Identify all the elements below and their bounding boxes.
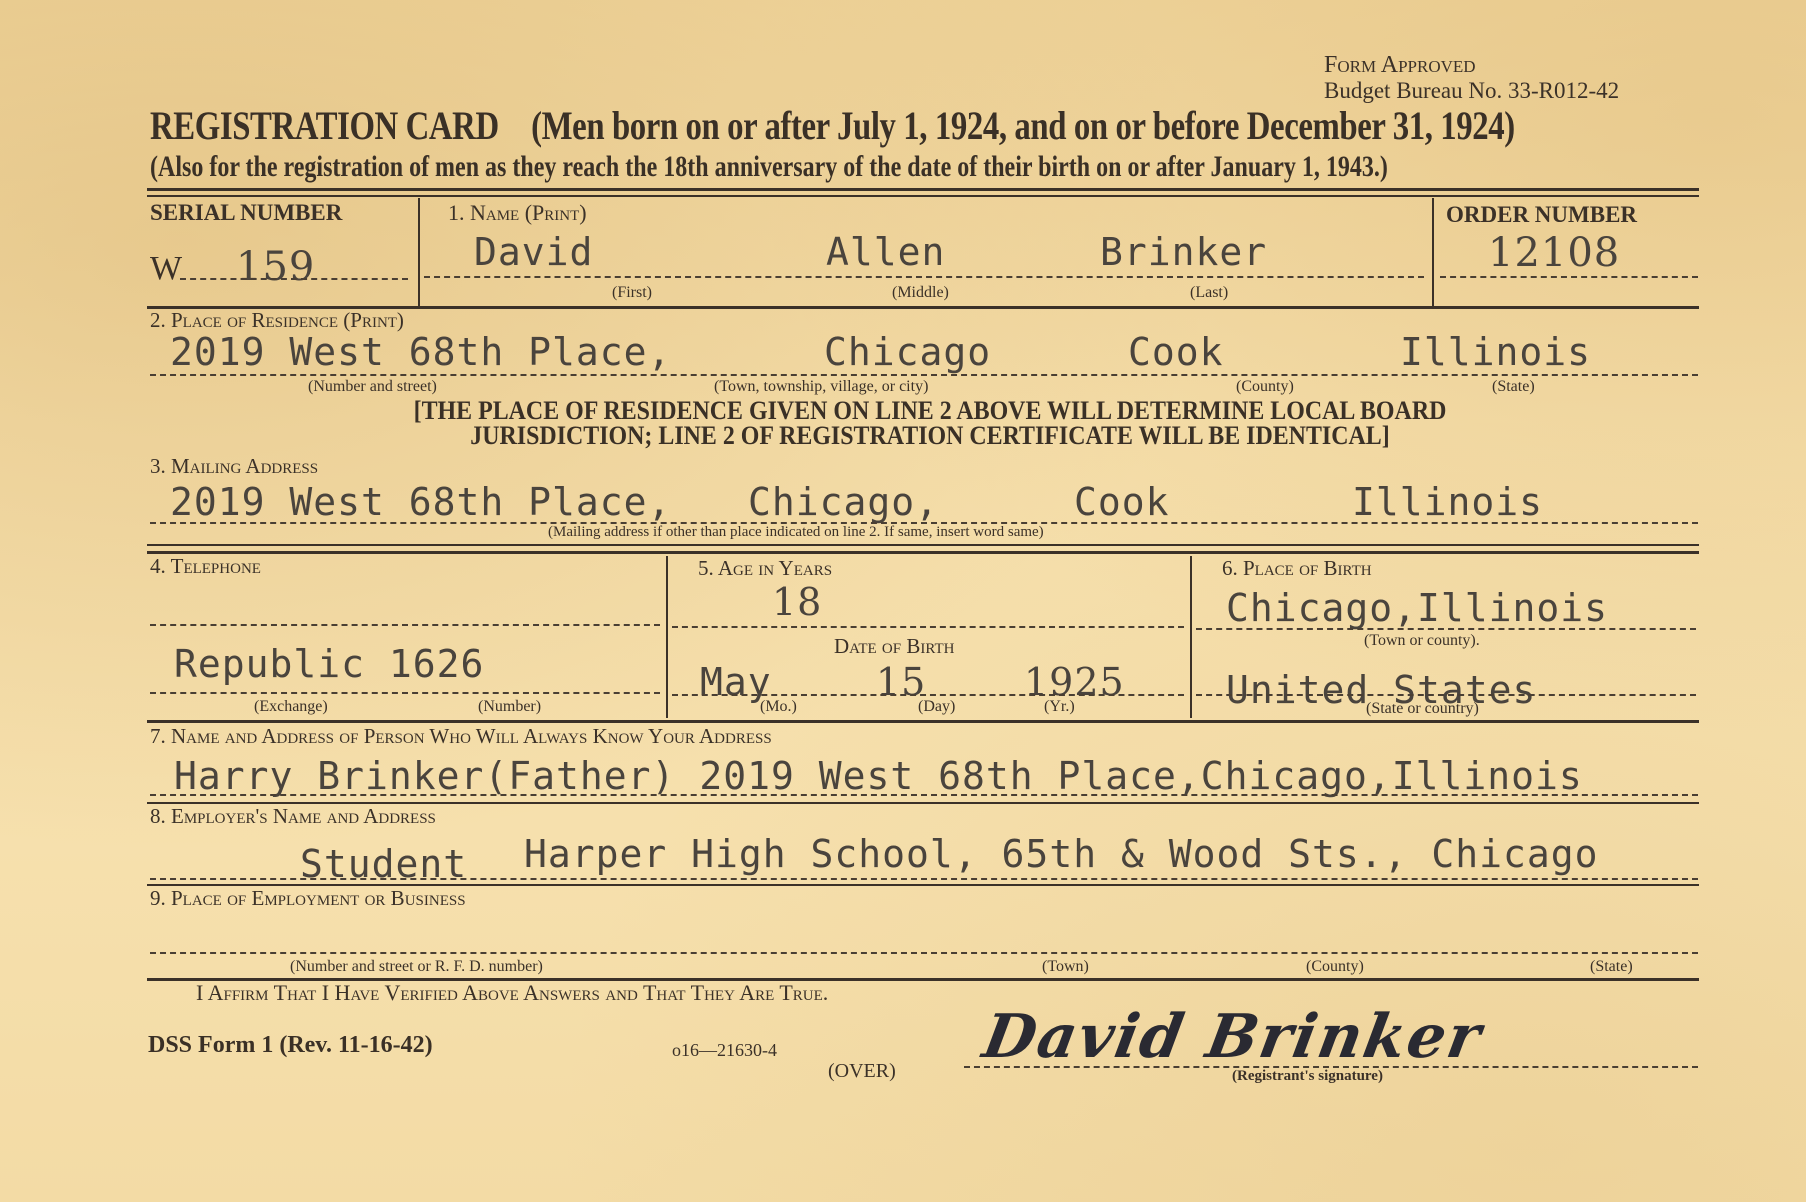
first-name-value: David bbox=[474, 230, 593, 274]
place-of-birth-label: 6. Place of Birth bbox=[1222, 556, 1372, 581]
month-caption: (Mo.) bbox=[760, 698, 797, 716]
employer-line bbox=[150, 878, 1698, 880]
serial-number-label: SERIAL NUMBER bbox=[150, 200, 342, 226]
divider bbox=[1190, 556, 1192, 718]
signature-caption: (Registrant's signature) bbox=[1232, 1068, 1383, 1085]
mailing-state-value: Illinois bbox=[1352, 480, 1543, 524]
title-text: REGISTRATION CARD bbox=[150, 103, 499, 148]
serial-prefix: W bbox=[150, 250, 182, 288]
order-line bbox=[1440, 276, 1698, 278]
employer-value: Harper High School, 65th & Wood Sts., Ch… bbox=[524, 832, 1599, 876]
print-code: o16—21630-4 bbox=[672, 1040, 777, 1061]
card-subtitle: (Also for the registration of men as the… bbox=[150, 150, 1388, 184]
street-caption: (Number and street) bbox=[308, 378, 437, 396]
contact-line bbox=[150, 794, 1698, 796]
middle-caption: (Middle) bbox=[892, 284, 949, 302]
birth-town-line bbox=[1196, 628, 1696, 630]
over-label: (OVER) bbox=[828, 1060, 896, 1083]
telephone-label: 4. Telephone bbox=[150, 554, 261, 579]
order-number-label: ORDER NUMBER bbox=[1446, 202, 1637, 228]
town-caption: (Town, township, village, or city) bbox=[714, 378, 928, 396]
title-range: (Men born on or after July 1, 1924, and … bbox=[531, 103, 1515, 148]
serial-line bbox=[180, 278, 408, 280]
state-caption: (State) bbox=[1492, 378, 1535, 396]
last-caption: (Last) bbox=[1190, 284, 1228, 302]
employment-state-caption: (State) bbox=[1590, 958, 1633, 976]
residence-county-value: Cook bbox=[1128, 330, 1224, 374]
employment-town-caption: (Town) bbox=[1042, 958, 1089, 976]
divider bbox=[666, 556, 668, 718]
residence-state-value: Illinois bbox=[1400, 330, 1591, 374]
order-number-value: 12108 bbox=[1488, 230, 1620, 276]
age-value: 18 bbox=[772, 580, 822, 624]
residence-street-value: 2019 West 68th Place, bbox=[170, 330, 671, 374]
county-caption: (County) bbox=[1236, 378, 1294, 396]
serial-number-value: 159 bbox=[236, 244, 315, 290]
middle-name-value: Allen bbox=[826, 230, 945, 274]
form-id-text: DSS Form 1 (Rev. 11-16-42) bbox=[148, 1032, 433, 1058]
jurisdiction-notice: [THE PLACE OF RESIDENCE GIVEN ON LINE 2 … bbox=[222, 398, 1639, 448]
year-caption: (Yr.) bbox=[1044, 698, 1075, 716]
header-rule-2 bbox=[147, 195, 1699, 197]
section-rule bbox=[147, 720, 1699, 723]
budget-bureau-number: Budget Bureau No. 33-R012-42 bbox=[1324, 78, 1619, 104]
mailing-address-label: 3. Mailing Address bbox=[150, 454, 318, 479]
contact-person-label: 7. Name and Address of Person Who Will A… bbox=[150, 724, 772, 749]
telephone-line-2 bbox=[150, 692, 660, 694]
birth-town-caption: (Town or county). bbox=[1364, 632, 1480, 650]
birth-country-line bbox=[1196, 694, 1696, 696]
form-id: DSS Form 1 (Rev. 11-16-42) bbox=[148, 1032, 433, 1059]
registrant-signature: David Brinker bbox=[978, 1002, 1488, 1072]
name-line bbox=[424, 276, 1424, 278]
employment-line bbox=[150, 952, 1698, 954]
mailing-street-value: 2019 West 68th Place, bbox=[170, 480, 671, 524]
telephone-line-1 bbox=[150, 624, 660, 626]
birth-country-caption: (State or country) bbox=[1366, 700, 1479, 718]
birth-town-value: Chicago,Illinois bbox=[1226, 586, 1608, 630]
mailing-caption: (Mailing address if other than place ind… bbox=[548, 524, 1044, 541]
date-of-birth-label: Date of Birth bbox=[834, 634, 954, 659]
notice-line-2: JURISDICTION; LINE 2 OF REGISTRATION CER… bbox=[222, 423, 1639, 448]
divider bbox=[1432, 198, 1434, 306]
day-caption: (Day) bbox=[918, 698, 955, 716]
section-rule bbox=[147, 544, 1699, 546]
employer-label: 8. Employer's Name and Address bbox=[150, 804, 436, 829]
divider bbox=[418, 198, 420, 306]
employment-street-caption: (Number and street or R. F. D. number) bbox=[290, 958, 543, 976]
card-title: REGISTRATION CARD (Men born on or after … bbox=[150, 102, 1515, 149]
place-of-employment-label: 9. Place of Employment or Business bbox=[150, 886, 466, 911]
section-rule bbox=[147, 551, 1699, 554]
affirmation-text: I Affirm That I Have Verified Above Answ… bbox=[196, 980, 828, 1006]
mailing-county-value: Cook bbox=[1074, 480, 1170, 524]
dob-line bbox=[672, 694, 1184, 696]
residence-line bbox=[150, 374, 1698, 376]
exchange-caption: (Exchange) bbox=[254, 698, 328, 716]
age-label: 5. Age in Years bbox=[698, 556, 832, 581]
form-approved-label: Form Approved bbox=[1324, 52, 1476, 79]
last-name-value: Brinker bbox=[1100, 230, 1267, 274]
age-line bbox=[672, 626, 1184, 628]
employment-county-caption: (County) bbox=[1306, 958, 1364, 976]
mailing-town-value: Chicago, bbox=[748, 480, 939, 524]
first-caption: (First) bbox=[612, 284, 652, 302]
contact-person-value: Harry Brinker(Father) 2019 West 68th Pla… bbox=[174, 754, 1583, 798]
telephone-value: Republic 1626 bbox=[174, 642, 484, 686]
header-rule-1 bbox=[147, 188, 1699, 191]
number-caption: (Number) bbox=[478, 698, 541, 716]
residence-town-value: Chicago bbox=[824, 330, 991, 374]
name-label: 1. Name (Print) bbox=[448, 200, 587, 226]
notice-line-1: [THE PLACE OF RESIDENCE GIVEN ON LINE 2 … bbox=[222, 398, 1639, 423]
